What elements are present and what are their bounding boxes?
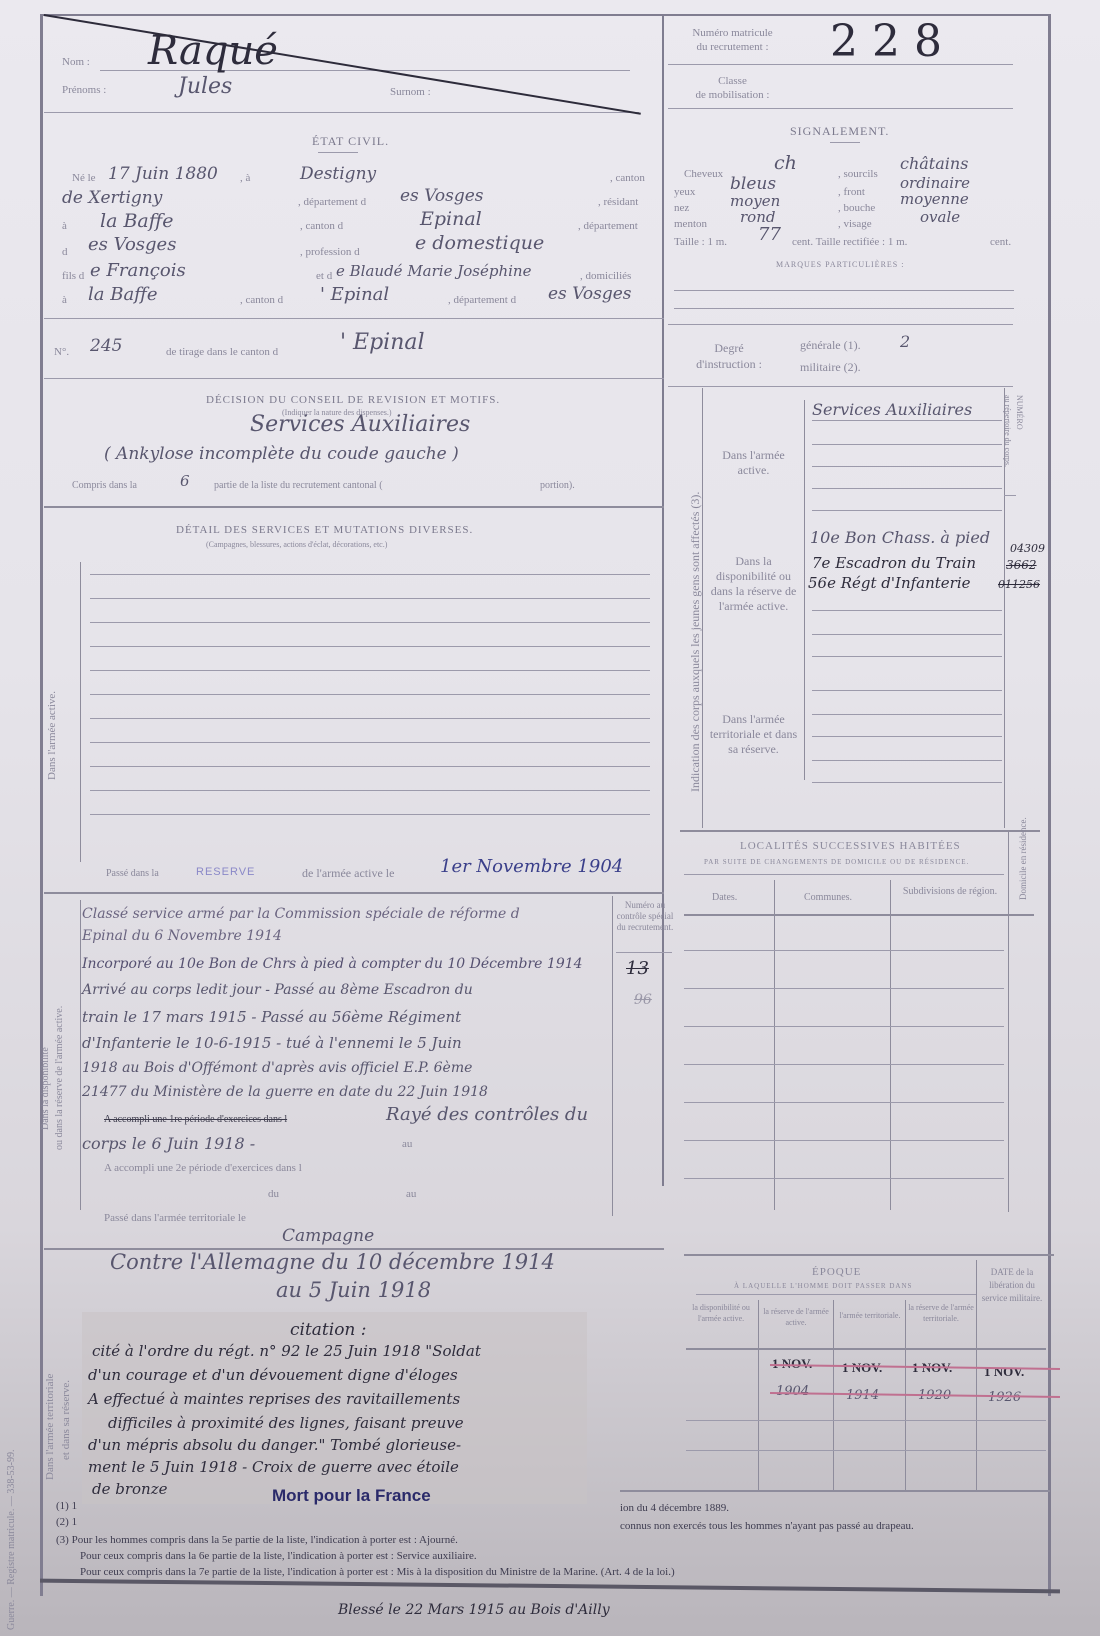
numero-label-1: NUMÉRO — [1015, 395, 1024, 430]
dispo-line-7: 21477 du Ministère de la guerre en date … — [82, 1084, 488, 1100]
citation-line-1: d'un courage et d'un dévouement digne d'… — [88, 1366, 458, 1384]
corps-territoriale-label: Dans l'armée territoriale et dans sa rés… — [706, 712, 801, 757]
corps-numero-0: 04309 — [1010, 542, 1045, 555]
prenoms-value: Jules — [178, 74, 232, 99]
localites-col-subdivisions: Subdivisions de région. — [900, 886, 1000, 898]
dom-dept-value: es Vosges — [548, 284, 632, 304]
departement2-label: , département — [578, 220, 638, 232]
detail-services-title: DÉTAIL DES SERVICES ET MUTATIONS DIVERSE… — [176, 524, 473, 536]
cheveux-label: Cheveux — [684, 168, 723, 180]
footnote-3a: (3) Pour les hommes compris dans la 5e p… — [56, 1534, 458, 1546]
a-label: , à — [240, 172, 250, 184]
taille-cent-label-2: cent. — [990, 236, 1011, 248]
instruction-label-2: d'instruction : — [684, 356, 774, 372]
localites-col-communes: Communes. — [804, 892, 852, 903]
epoque-col-0: la disponibilité ou l'armée active. — [686, 1302, 756, 1324]
footnote-1-tail: ion du 4 décembre 1889. — [620, 1502, 729, 1514]
citation-line-2: A effectué à maintes reprises des ravita… — [88, 1390, 460, 1408]
compris-label: Compris dans la — [72, 480, 137, 491]
terr-side-label-2: et dans sa réserve. — [60, 1380, 72, 1460]
decision-title: DÉCISION DU CONSEIL DE REVISION ET MOTIF… — [206, 394, 500, 406]
passe-label: Passé dans la — [106, 868, 159, 879]
detail-rule — [44, 892, 664, 894]
campagne-line1: Contre l'Allemagne du 10 décembre 1914 — [110, 1250, 555, 1274]
dispo-line-1: Epinal du 6 Novembre 1914 — [82, 928, 282, 944]
epoque-col-2: l'armée territoriale. — [835, 1310, 905, 1321]
dispo-line-0: Classé service armé par la Commission sp… — [82, 906, 520, 922]
nez-label: nez — [674, 202, 689, 214]
corps-active-label: Dans l'armée active. — [706, 448, 801, 478]
dispo-line-9: corps le 6 Juin 1918 - — [82, 1134, 255, 1153]
ne-le-label: Né le — [72, 172, 96, 184]
surnom-label: Surnom : — [390, 86, 431, 98]
dispo-side-label-2: ou dans la réserve de l'armée active. — [54, 1006, 65, 1150]
compris-value: 6 — [180, 472, 190, 490]
dispo-line-8: Rayé des contrôles du — [386, 1104, 588, 1125]
controle-divider — [612, 896, 613, 1216]
residant-label: , résidant — [598, 196, 638, 208]
decision-rule — [44, 506, 664, 508]
a-value: Destigny — [300, 164, 376, 184]
dispo-line-2: Incorporé au 10e Bon de Chrs à pied à co… — [82, 956, 583, 972]
numero-label-2: au répertoire du corps. — [1003, 395, 1012, 467]
passe-date: 1er Novembre 1904 — [440, 856, 623, 877]
bouche-value: moyenne — [900, 190, 969, 208]
instruction-label: Degré d'instruction : — [684, 340, 774, 372]
visage-label: , visage — [838, 218, 872, 230]
cheveux-value: ch — [774, 152, 797, 174]
epoque-subtitle: À LAQUELLE L'HOMME DOIT PASSER DANS — [734, 1282, 912, 1290]
instruction-label-1: Degré — [684, 340, 774, 356]
classe-label-1: Classe — [675, 74, 790, 88]
active-side-rule — [80, 562, 81, 862]
dom-canton-label: , canton d — [240, 294, 283, 306]
nom-label: Nom : — [62, 56, 90, 68]
controle-value-1: 13 — [626, 958, 649, 979]
mere-value: e Blaudé Marie Joséphine — [336, 262, 531, 280]
citation-line-4: d'un mépris absolu du danger." Tombé glo… — [88, 1436, 461, 1454]
margin-print: Guerre. — Registre matricule. — 338-53-9… — [6, 1449, 17, 1630]
active-side-label: Dans l'armée active. — [46, 691, 58, 780]
passe-label-2: de l'armée active le — [302, 866, 394, 881]
et-label: et d — [316, 270, 332, 282]
prenoms-label: Prénoms : — [62, 84, 106, 96]
departement-label: , département d — [298, 196, 366, 208]
epoque-title: ÉPOQUE — [812, 1266, 861, 1278]
canton2-value: Epinal — [420, 208, 482, 230]
corps-numero-1: 3662 — [1006, 558, 1037, 572]
footnote-3b: Pour ceux compris dans la 6e partie de l… — [80, 1550, 477, 1562]
au-label-2: au — [406, 1188, 416, 1200]
mort-pour-la-france-stamp: Mort pour la France — [272, 1486, 431, 1506]
taille-value: 77 — [758, 224, 781, 245]
tirage-rule — [44, 378, 664, 379]
militaire-label: militaire (2). — [800, 360, 861, 375]
title-underline — [318, 152, 358, 153]
corps-side-label: Indication des corps auxquels les jeunes… — [688, 492, 703, 792]
corps-active-value: Services Auxiliaires — [812, 400, 972, 419]
struck-period-label: A accompli une 1re période d'exercices d… — [104, 1114, 287, 1125]
territoriale-label: Passé dans l'armée territoriale le — [104, 1212, 246, 1224]
etat-civil-title: ÉTAT CIVIL. — [312, 134, 389, 149]
citation-line-5: ment le 5 Juin 1918 - Croix de guerre av… — [88, 1458, 459, 1476]
corps-dispo-value-0: 10e Bon Chass. à pied — [810, 528, 990, 547]
dom-canton-value: ' Epinal — [320, 284, 389, 305]
epoque-col-3: la réserve de l'armée territoriale. — [907, 1302, 975, 1324]
du-label: du — [268, 1188, 279, 1200]
footnote-1: (1) 1 — [56, 1500, 77, 1512]
canton2-label: , canton d — [300, 220, 343, 232]
pere-value: e François — [90, 260, 186, 281]
yeux-value: bleus — [730, 174, 776, 194]
header-rule — [44, 112, 639, 113]
dispo-side-label-1: Dans la disponibilité — [40, 1047, 51, 1130]
matricule-value: 228 — [830, 16, 956, 67]
controle-header: Numéro au contrôle spécial du recrutemen… — [616, 900, 674, 933]
corps-rule — [680, 830, 1040, 832]
dispo-line-3: Arrivé au corps ledit jour - Passé au 8è… — [82, 982, 473, 998]
signalement-title: SIGNALEMENT. — [790, 124, 889, 139]
campagne-title: Campagne — [282, 1226, 374, 1246]
departement-value: es Vosges — [400, 186, 484, 206]
campagne-line2: au 5 Juin 1918 — [276, 1278, 431, 1302]
yeux-label: yeux — [674, 186, 695, 198]
compris-label-2: partie de la liste du recrutement canton… — [214, 480, 383, 491]
dispo-line-5: d'Infanterie le 10-6-1915 - tué à l'enne… — [82, 1034, 462, 1052]
localites-subtitle: PAR SUITE DE CHANGEMENTS DE DOMICILE OU … — [704, 858, 969, 866]
departement2-value: es Vosges — [88, 234, 176, 255]
tirage-no-label: N°. — [54, 346, 69, 358]
citation-title: citation : — [290, 1320, 367, 1340]
dispo-line-4: train le 17 mars 1915 - Passé au 56ème R… — [82, 1008, 461, 1026]
citation-line-3: difficiles à proximité des lignes, faisa… — [108, 1414, 464, 1432]
tirage-no-value: 245 — [90, 336, 122, 356]
canton-value: de Xertigny — [62, 188, 162, 208]
footnote-2-tail: connus non exercés tous les hommes n'aya… — [620, 1520, 914, 1532]
profession-value: e domestique — [415, 232, 544, 254]
visage-value: ovale — [920, 208, 960, 226]
canton-label: , canton — [610, 172, 645, 184]
epoque-day-2: 1 NOV. — [842, 1360, 882, 1376]
generale-value: 2 — [900, 332, 910, 351]
epoque-col-1: la réserve de l'armée active. — [760, 1306, 832, 1328]
tirage-canton-value: ' Epinal — [340, 330, 425, 355]
corps-dispo-value-2: 56e Régt d'Infanterie — [808, 574, 971, 592]
footnote-3c: Pour ceux compris dans la 7e partie de l… — [80, 1566, 675, 1578]
classe-label: Classe de mobilisation : — [675, 74, 790, 102]
marques-label: MARQUES PARTICULIÈRES : — [776, 260, 904, 269]
generale-label: générale (1). — [800, 338, 861, 353]
footnote-2: (2) 1 — [56, 1516, 77, 1528]
detail-services-subtitle: (Campagnes, blessures, actions d'éclat, … — [206, 540, 387, 549]
front-label: , front — [838, 186, 865, 198]
taille-cent-label: cent. Taille rectifiée : 1 m. — [792, 236, 907, 248]
residant-value: la Baffe — [100, 210, 173, 232]
matricule-label-1: Numéro matricule — [675, 26, 790, 40]
decision-line1: Services Auxiliaires — [250, 412, 470, 437]
classe-label-2: de mobilisation : — [675, 88, 790, 102]
epoque-year-2: 1914 — [846, 1388, 879, 1403]
second-period-label: A accompli une 2e période d'exercices da… — [104, 1162, 302, 1174]
ne-le-value: 17 Juin 1880 — [108, 164, 218, 184]
sourcils-label: , sourcils — [838, 168, 878, 180]
localites-title: LOCALITÉS SUCCESSIVES HABITÉES — [740, 840, 961, 852]
tirage-label: de tirage dans le canton d — [166, 346, 278, 358]
matricule-rule — [668, 64, 1013, 65]
corps-numero-2: 011256 — [998, 578, 1040, 591]
sourcils-value: châtains — [900, 154, 968, 173]
matricule-label-2: du recrutement : — [675, 40, 790, 54]
fils-label: fils d — [62, 270, 84, 282]
matricule-label: Numéro matricule du recrutement : — [675, 26, 790, 54]
epoque-year-4: 1926 — [988, 1390, 1021, 1405]
dom-dept-label: , département d — [448, 294, 516, 306]
corps-dispo-label: Dans la disponibilité ou dans la réserve… — [706, 554, 801, 614]
au-label: au — [402, 1138, 412, 1150]
etat-civil-rule — [44, 318, 664, 319]
localites-side-column: Domicile en résidence. — [1018, 817, 1028, 900]
domicilies-label: , domiciliés — [580, 270, 631, 282]
classe-rule — [668, 108, 1013, 109]
bouche-label: , bouche — [838, 202, 875, 214]
dom-a-value: la Baffe — [88, 284, 158, 305]
dispo-side-rule — [80, 900, 81, 1210]
localites-col-dates: Dates. — [712, 892, 737, 903]
decision-line2: ( Ankylose incomplète du coude gauche ) — [104, 444, 459, 464]
controle-value-2: 96 — [634, 992, 652, 1008]
citation-line-0: cité à l'ordre du régt. n° 92 le 25 Juin… — [92, 1342, 481, 1360]
column-divider — [662, 16, 664, 1186]
reserve-stamp: RESERVE — [196, 866, 255, 878]
epoque-date-header: DATE de la libération du service militai… — [980, 1266, 1044, 1305]
profession-label: , profession d — [300, 246, 360, 258]
compris-label-3: portion). — [540, 480, 575, 491]
terr-side-label-1: Dans l'armée territoriale — [44, 1374, 56, 1480]
dispo-line-6: 1918 au Bois d'Offémont d'après avis off… — [82, 1060, 472, 1076]
citation-line-6: de bronze — [92, 1480, 168, 1498]
taille-label: Taille : 1 m. — [674, 236, 727, 248]
bottom-note: Blessé le 22 Mars 1915 au Bois d'Ailly — [338, 1602, 610, 1618]
menton-label: menton — [674, 218, 707, 230]
corps-dispo-value-1: 7e Escadron du Train — [812, 554, 976, 572]
